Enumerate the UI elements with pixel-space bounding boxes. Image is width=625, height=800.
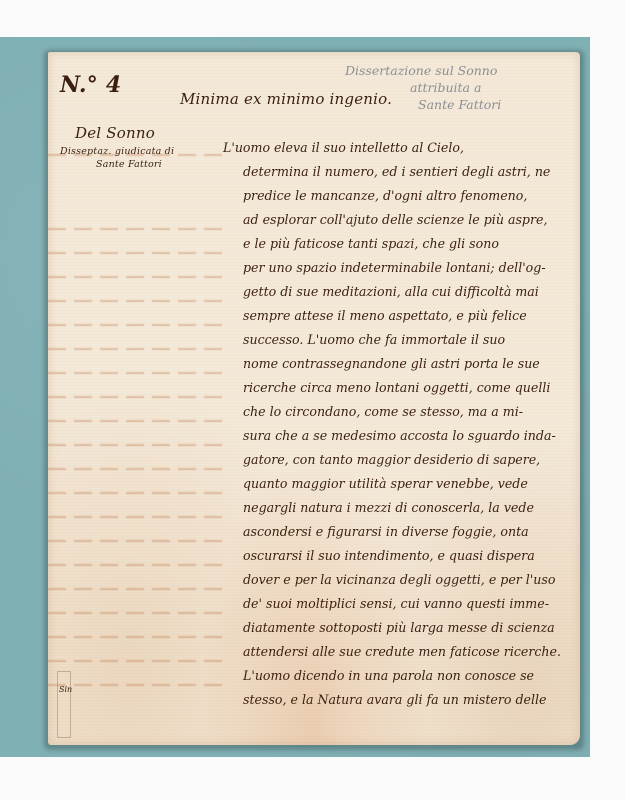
text-line: attendersi alle sue credute men faticose… (243, 642, 561, 662)
ink-bleed-line (48, 348, 228, 350)
text-line: L'uomo dicendo in una parola non conosce… (243, 666, 534, 686)
text-line: stesso, e la Natura avara gli fa un mist… (243, 690, 546, 710)
pencil-annotation-line: Sante Fattori (418, 97, 501, 112)
ink-bleed-line (48, 636, 228, 638)
motto: Minima ex minimo ingenio. (180, 90, 392, 108)
text-line: getto di sue meditazioni, alla cui diffi… (243, 282, 539, 302)
ink-bleed-line (48, 516, 228, 518)
ink-bleed-line (48, 660, 228, 662)
text-line: sura che a se medesimo accosta lo sguard… (243, 426, 556, 446)
pencil-annotation-line: attribuita a (410, 80, 481, 95)
margin-subtitle-line: Disseptaz. giudicata di (60, 146, 174, 157)
text-line: nome contrassegnandone gli astri porta l… (243, 354, 540, 374)
margin-title: Del Sonno (75, 124, 155, 142)
ink-bleed-line (48, 372, 228, 374)
ink-bleed-line (48, 684, 228, 686)
ink-bleed-line (48, 444, 228, 446)
text-line: per uno spazio indeterminabile lontani; … (243, 258, 546, 278)
pencil-annotation-line: Dissertazione sul Sonno (345, 63, 497, 78)
text-line: ricerche circa meno lontani oggetti, com… (243, 378, 550, 398)
text-line: gatore, con tanto maggior desiderio di s… (243, 450, 540, 470)
ink-bleed-line (48, 492, 228, 494)
page-number-heading: N.° 4 (60, 72, 121, 98)
binding-tab-mark (57, 671, 71, 738)
ink-bleed-line (48, 420, 228, 422)
ink-bleed-line (48, 396, 228, 398)
ink-bleed-line (48, 300, 228, 302)
text-line: predice le mancanze, d'ogni altro fenome… (243, 186, 527, 206)
text-line: oscurarsi il suo intendimento, e quasi d… (243, 546, 535, 566)
ink-bleed-line (48, 252, 228, 254)
ink-bleed-line (48, 612, 228, 614)
text-line: dover e per la vicinanza degli oggetti, … (243, 570, 555, 590)
text-line: che lo circondano, come se stesso, ma a … (243, 402, 523, 422)
text-line: quanto maggior utilità sperar venebbe, v… (243, 474, 528, 494)
ink-bleed-line (48, 468, 228, 470)
text-line: ascondersi e figurarsi in diverse foggie… (243, 522, 529, 542)
text-line: L'uomo eleva il suo intelletto al Cielo, (223, 138, 464, 158)
text-line: sempre attese il meno aspettato, e più f… (243, 306, 527, 326)
ink-bleed-line (48, 540, 228, 542)
text-line: successo. L'uomo che fa immortale il suo (243, 330, 505, 350)
ink-bleed-line (48, 228, 228, 230)
text-line: e le più faticose tanti spazi, che gli s… (243, 234, 499, 254)
margin-subtitle-line: Sante Fattori (96, 159, 162, 170)
text-line: de' suoi moltiplici sensi, cui vanno que… (243, 594, 549, 614)
ink-bleed-line (48, 276, 228, 278)
text-line: negargli natura i mezzi di conoscerla, l… (243, 498, 534, 518)
text-line: diatamente sottoposti più larga messe di… (243, 618, 555, 638)
ink-bleed-line (48, 588, 228, 590)
ink-bleed-line (48, 324, 228, 326)
ink-bleed-line (48, 564, 228, 566)
binding-tab-label: Sin (59, 685, 72, 694)
text-line: determina il numero, ed i sentieri degli… (243, 162, 550, 182)
text-line: ad esplorar coll'ajuto delle scienze le … (243, 210, 547, 230)
